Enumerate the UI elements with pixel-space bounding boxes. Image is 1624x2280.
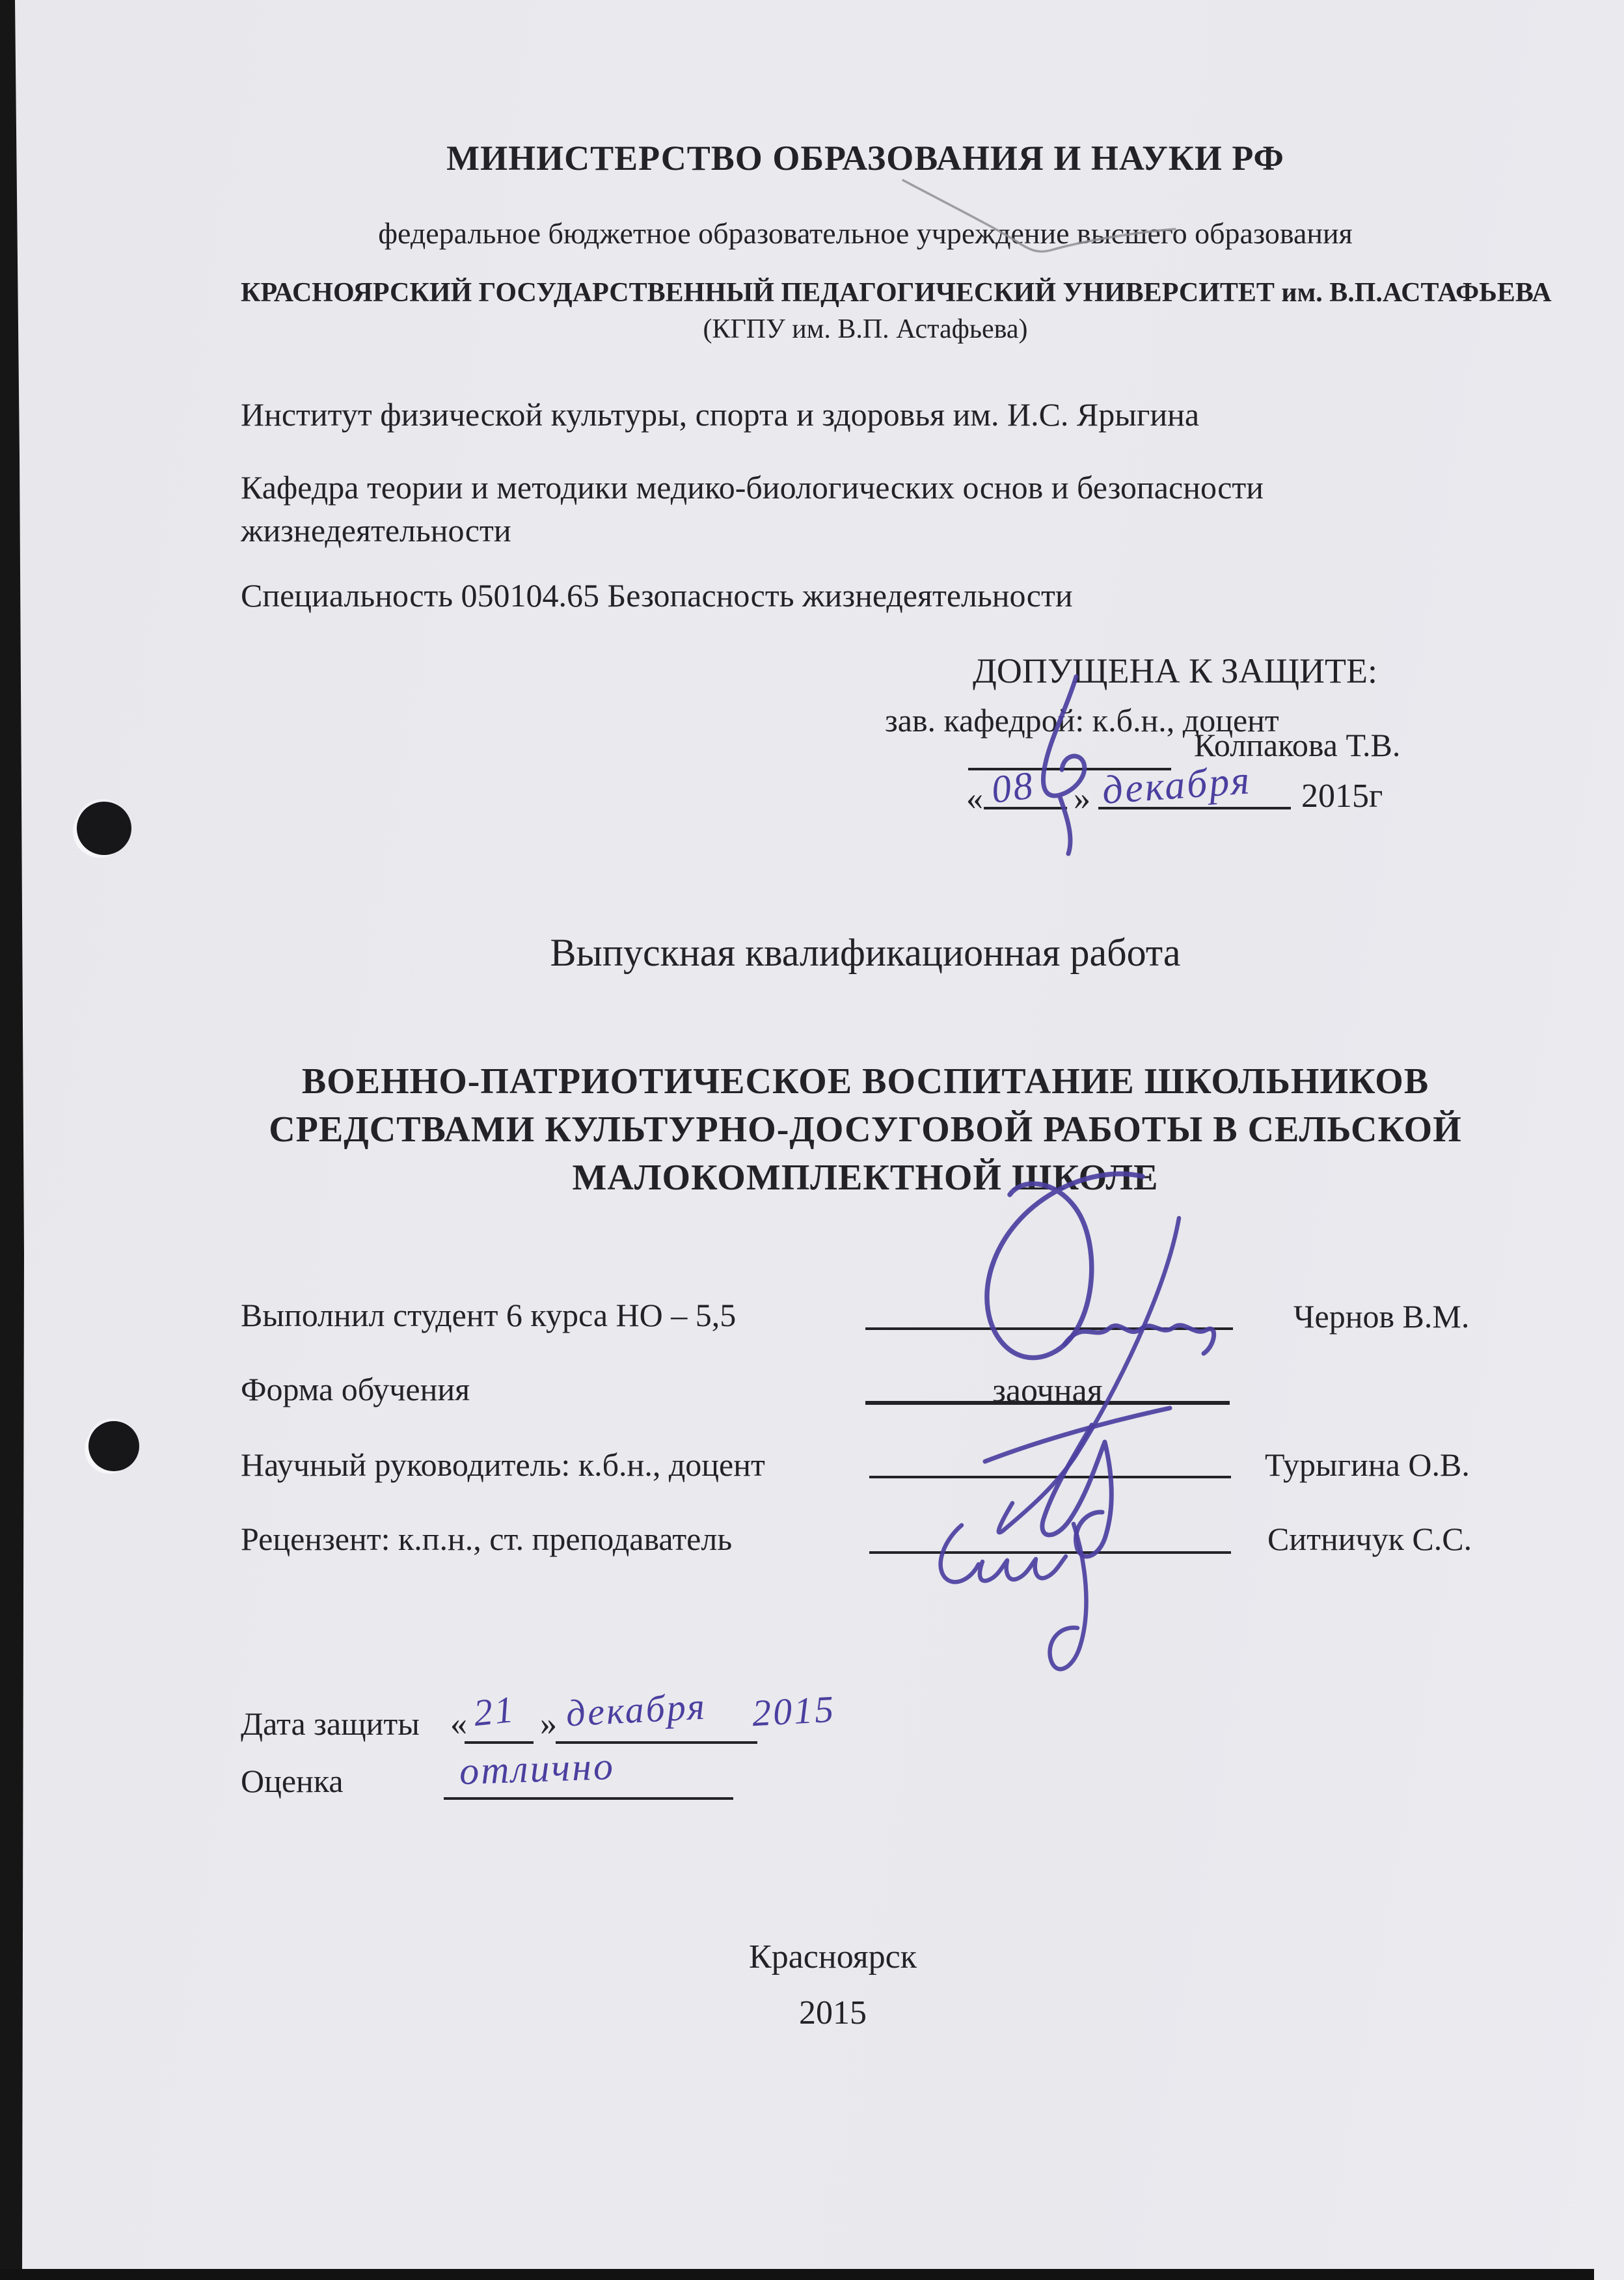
defense-date-month-handwriting: декабря xyxy=(565,1684,707,1735)
reviewer-row-label: Рецензент: к.п.н., ст. преподаватель xyxy=(241,1520,732,1558)
defense-date-label: Дата защиты xyxy=(241,1705,420,1743)
approval-date-open-quote: « xyxy=(966,780,983,818)
approval-title: ДОПУЩЕНА К ЗАЩИТЕ: xyxy=(973,651,1377,691)
advisor-signature-line xyxy=(869,1476,1231,1478)
thesis-title-line-2: СРЕДСТВАМИ КУЛЬТУРНО-ДОСУГОВОЙ РАБОТЫ В … xyxy=(241,1109,1490,1150)
approval-date-month-handwriting: декабря xyxy=(1101,757,1253,814)
advisor-name: Турыгина О.В. xyxy=(1265,1446,1470,1484)
signature-turygina xyxy=(985,1408,1170,1556)
student-name: Чернов В.М. xyxy=(1293,1297,1469,1335)
footer-year: 2015 xyxy=(221,1994,1444,2032)
approval-date-year: 2015г xyxy=(1301,777,1383,815)
work-type-line: Выпускная квалификационная работа xyxy=(241,930,1490,975)
university-short-name-line: (КГПУ им. В.П. Астафьева) xyxy=(241,314,1490,345)
thesis-title-line-1: ВОЕННО-ПАТРИОТИЧЕСКОЕ ВОСПИТАНИЕ ШКОЛЬНИ… xyxy=(241,1061,1490,1102)
specialty-line: Специальность 050104.65 Безопасность жиз… xyxy=(241,577,1073,614)
thesis-title-line-3: МАЛОКОМПЛЕКТНОЙ ШКОЛЕ xyxy=(241,1157,1490,1199)
advisor-row-label: Научный руководитель: к.б.н., доцент xyxy=(241,1446,765,1484)
reviewer-name: Ситничук С.С. xyxy=(1267,1520,1472,1558)
defense-date-day-handwriting: 21 xyxy=(472,1687,518,1735)
approval-date-day-handwriting: 08 xyxy=(989,763,1037,813)
study-form-line xyxy=(865,1401,1230,1405)
student-row-label: Выполнил студент 6 курса НО – 5,5 xyxy=(241,1296,736,1334)
reviewer-signature-line xyxy=(869,1551,1231,1554)
grade-line xyxy=(444,1797,733,1800)
scan-edge-left-strip xyxy=(0,0,26,2280)
grade-label: Оценка xyxy=(241,1762,344,1800)
defense-date-month-line xyxy=(556,1741,757,1744)
student-signature-line xyxy=(865,1327,1233,1330)
defense-date-close-quote: » xyxy=(540,1705,557,1743)
signature-sitnichuk xyxy=(941,1524,1087,1669)
footer-city: Красноярск xyxy=(221,1938,1444,1976)
scan-edge-bottom-strip xyxy=(0,2269,1594,2280)
punch-hole-top xyxy=(77,802,131,855)
scanned-thesis-title-page: МИНИСТЕРСТВО ОБРАЗОВАНИЯ И НАУКИ РФ феде… xyxy=(0,0,1624,2280)
defense-date-day-line xyxy=(465,1741,534,1744)
ministry-heading: МИНИСТЕРСТВО ОБРАЗОВАНИЯ И НАУКИ РФ xyxy=(241,138,1490,178)
signature-chernov xyxy=(987,1174,1214,1532)
defense-date-open-quote: « xyxy=(450,1705,467,1743)
study-form-row-label: Форма обучения xyxy=(241,1370,470,1408)
department-line: Кафедра теории и методики медико-биологи… xyxy=(241,466,1412,552)
punch-hole-bottom xyxy=(88,1421,139,1471)
grade-handwriting: отлично xyxy=(459,1744,616,1794)
approval-date-close-quote: » xyxy=(1074,780,1090,818)
defense-date-year-handwriting: 2015 xyxy=(751,1687,836,1735)
approver-name: Колпакова Т.В. xyxy=(1194,726,1400,764)
university-name-line: КРАСНОЯРСКИЙ ГОСУДАРСТВЕННЫЙ ПЕДАГОГИЧЕС… xyxy=(241,277,1490,308)
institute-line: Институт физической культуры, спорта и з… xyxy=(241,396,1199,433)
institution-type-line: федеральное бюджетное образовательное уч… xyxy=(241,216,1490,251)
